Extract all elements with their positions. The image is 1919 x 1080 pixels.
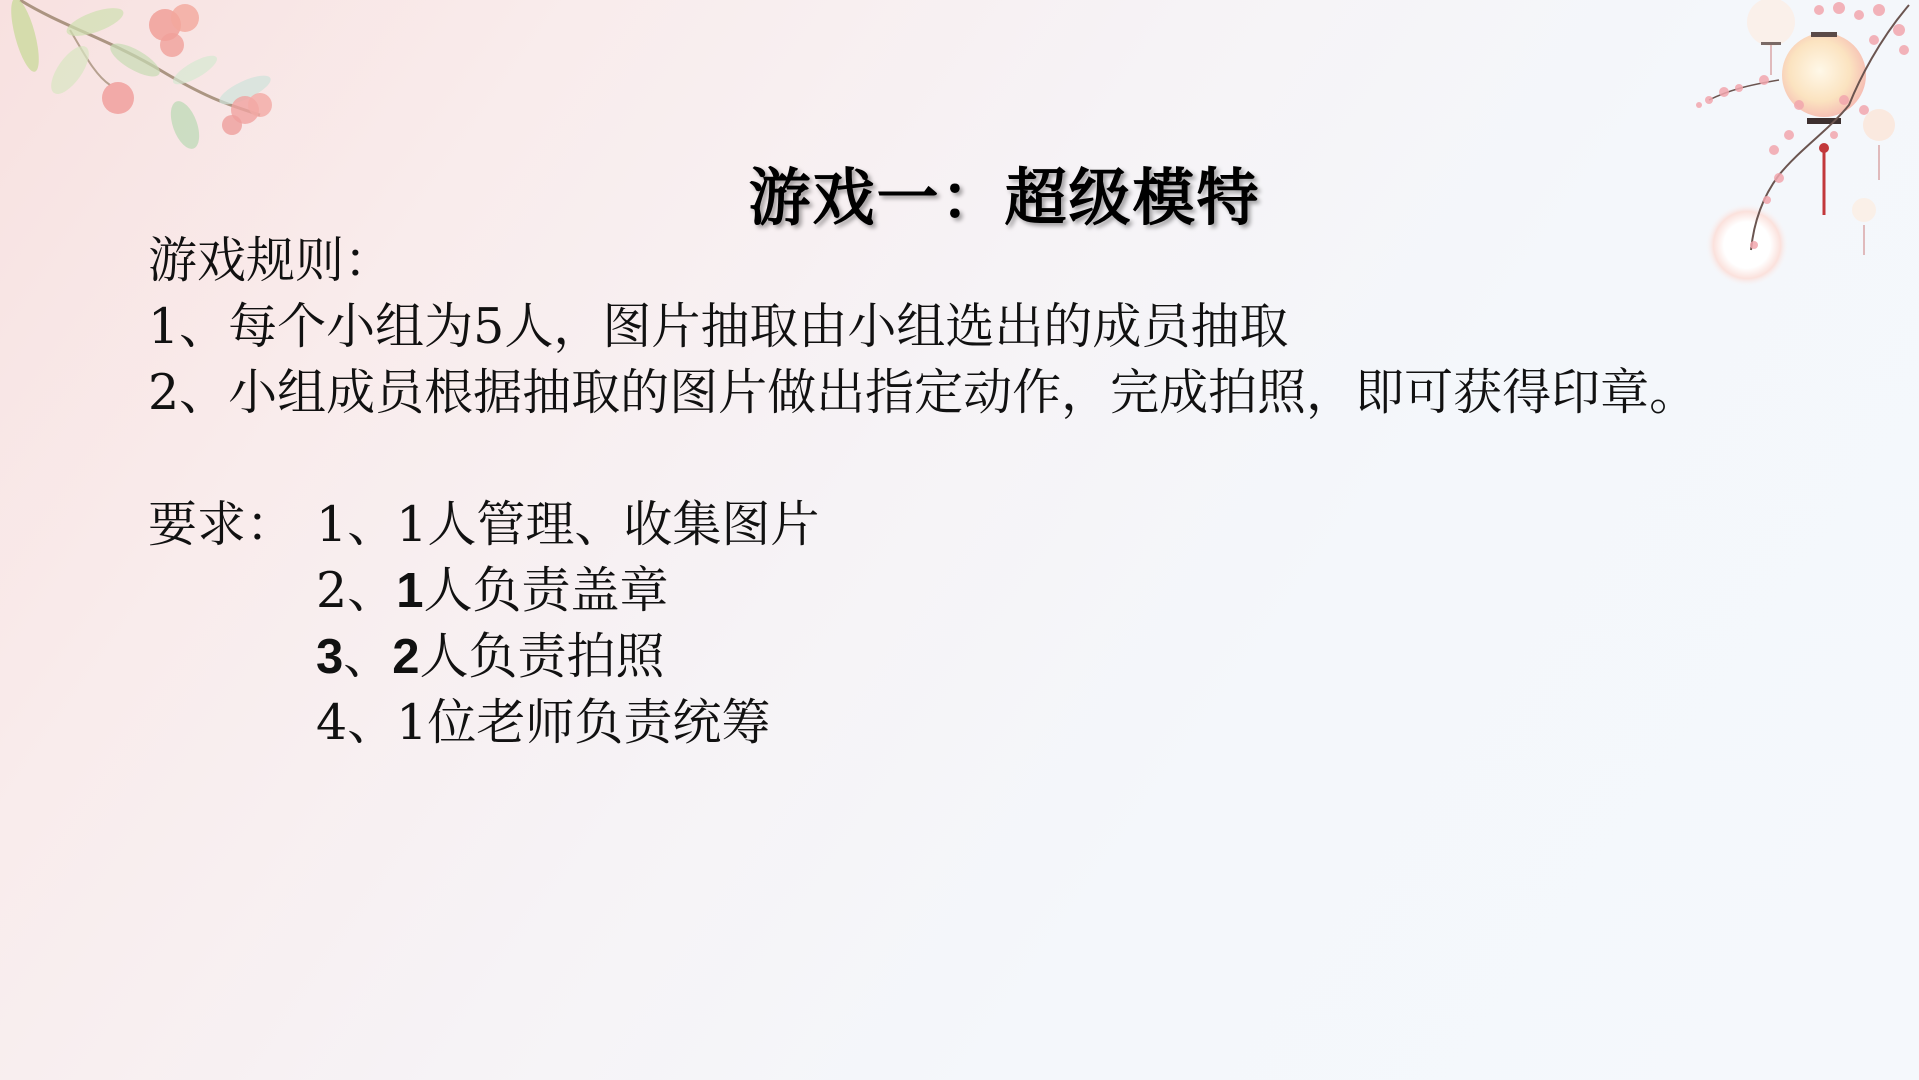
requirement-count: 1 bbox=[396, 564, 423, 618]
requirement-count: 1 bbox=[396, 496, 427, 553]
spacer bbox=[148, 426, 1698, 492]
rules-heading: 游戏规则： bbox=[148, 228, 1698, 294]
requirement-number: 3 bbox=[316, 630, 343, 684]
requirement-number: 1 bbox=[316, 496, 347, 553]
requirement-item-2: 2、1人负责盖章 bbox=[316, 558, 819, 624]
rule-item-1: 1、每个小组为5人，图片抽取由小组选出的成员抽取 bbox=[148, 294, 1698, 360]
requirement-text: 人负责拍照 bbox=[420, 628, 665, 685]
requirement-text: 位老师负责统筹 bbox=[427, 694, 770, 751]
requirements-list: 1、1人管理、收集图片 2、1人负责盖章 3、2人负责拍照 4、1位老师负责统筹 bbox=[316, 492, 819, 756]
requirement-text: 人负责盖章 bbox=[423, 562, 668, 619]
requirement-separator: 、 bbox=[347, 694, 396, 751]
slide-body: 游戏规则： 1、每个小组为5人，图片抽取由小组选出的成员抽取 2、小组成员根据抽… bbox=[148, 228, 1698, 756]
requirement-text: 人管理、收集图片 bbox=[427, 496, 819, 553]
requirement-number: 4 bbox=[316, 694, 347, 751]
requirements-section: 要求： 1、1人管理、收集图片 2、1人负责盖章 3、2人负责拍照 4、1位老师… bbox=[148, 492, 1698, 756]
requirement-number: 2 bbox=[316, 562, 347, 619]
requirement-item-4: 4、1位老师负责统筹 bbox=[316, 690, 819, 756]
slide-title: 游戏一：超级模特 bbox=[0, 148, 1919, 237]
requirement-separator: 、 bbox=[347, 562, 396, 619]
requirement-count: 2 bbox=[392, 630, 419, 684]
requirement-item-3: 3、2人负责拍照 bbox=[316, 624, 819, 690]
requirements-label: 要求： bbox=[148, 492, 316, 756]
rule-item-2: 2、小组成员根据抽取的图片做出指定动作，完成拍照，即可获得印章。 bbox=[148, 360, 1698, 426]
requirement-count: 1 bbox=[396, 694, 427, 751]
flower-branch-icon bbox=[0, 0, 290, 150]
requirement-separator: 、 bbox=[347, 496, 396, 553]
slide: 游戏一：超级模特 游戏规则： 1、每个小组为5人，图片抽取由小组选出的成员抽取 … bbox=[0, 0, 1919, 1080]
requirement-item-1: 1、1人管理、收集图片 bbox=[316, 492, 819, 558]
requirement-separator: 、 bbox=[343, 628, 392, 685]
